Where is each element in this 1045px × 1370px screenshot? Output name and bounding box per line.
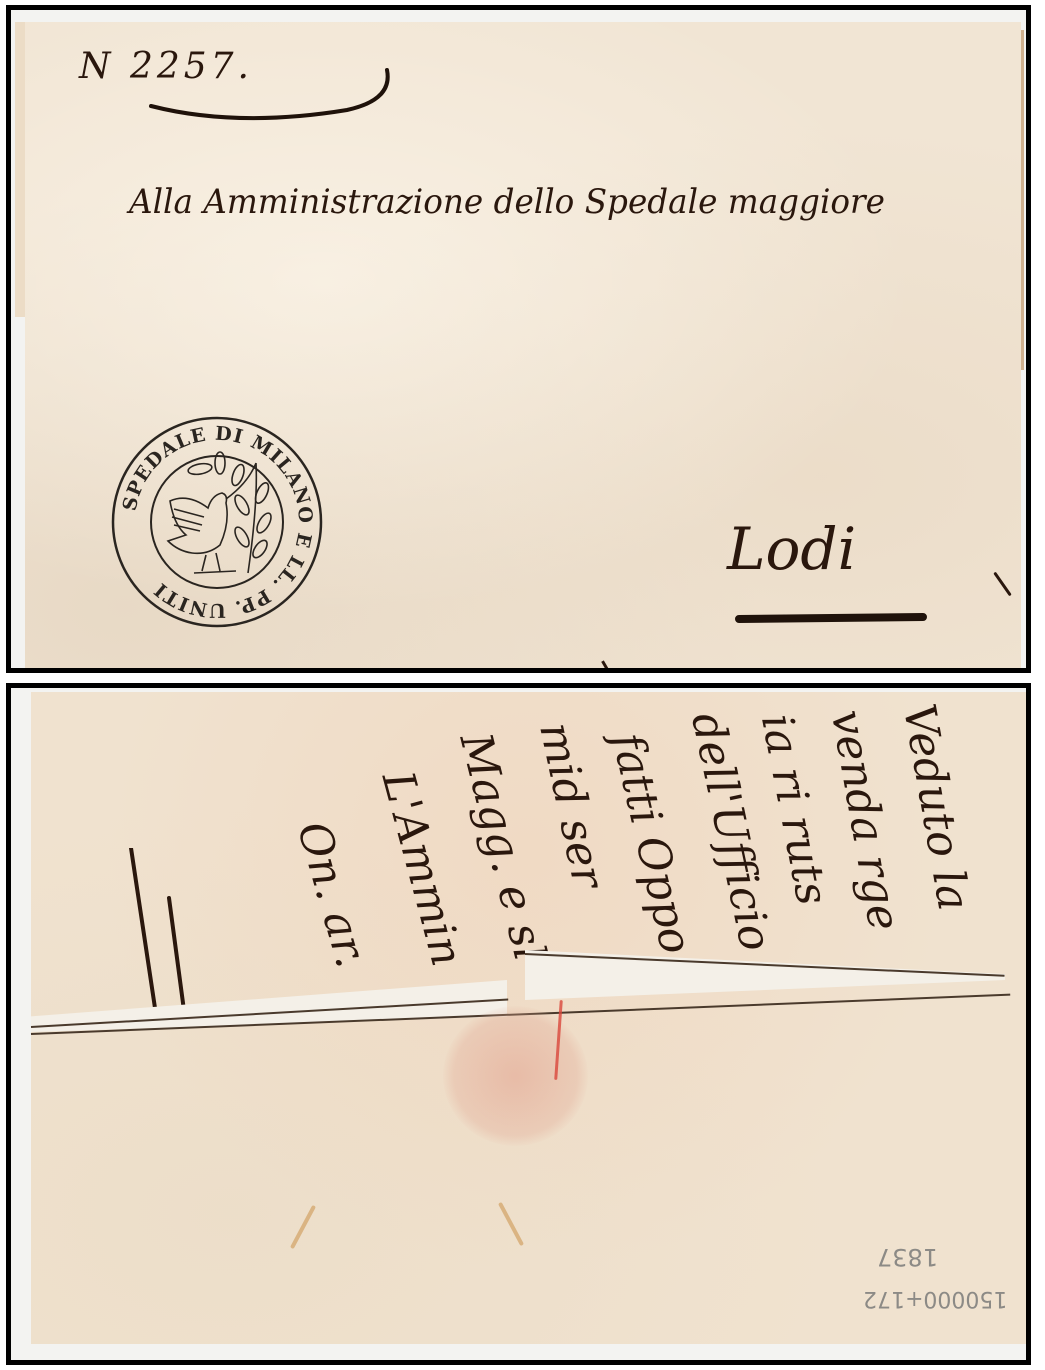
address-line: Alla Amministrazione dello Spedale maggi…: [129, 182, 885, 222]
handwriting-line: fatti Oppo: [601, 728, 701, 959]
pencil-note-year: 1837: [877, 1243, 938, 1271]
destination-city: Lodi: [727, 515, 856, 583]
handwriting-line: L'Ammin: [372, 766, 473, 971]
hospital-seal-stamp: SPEDALE DI MILANO E LL. PP. UNITI: [108, 413, 326, 631]
wax-seal-remnant: [443, 1006, 588, 1146]
ink-strokes: [121, 848, 211, 1028]
paper-right-edge: [1021, 30, 1024, 370]
number-underline-swash: [147, 62, 397, 124]
handwriting-line: mid ser: [529, 718, 614, 893]
letter-front-panel: N 2257. Alla Amministrazione dello Speda…: [6, 5, 1031, 673]
pencil-note-catalog: 150000+172: [863, 1286, 1007, 1311]
letter-back-panel: Veduto la venda rge ia ri ruts dell'Uffi…: [6, 683, 1031, 1365]
handwriting-line: Veduto la: [893, 700, 979, 914]
handwriting-line: On. ar.: [287, 816, 377, 973]
